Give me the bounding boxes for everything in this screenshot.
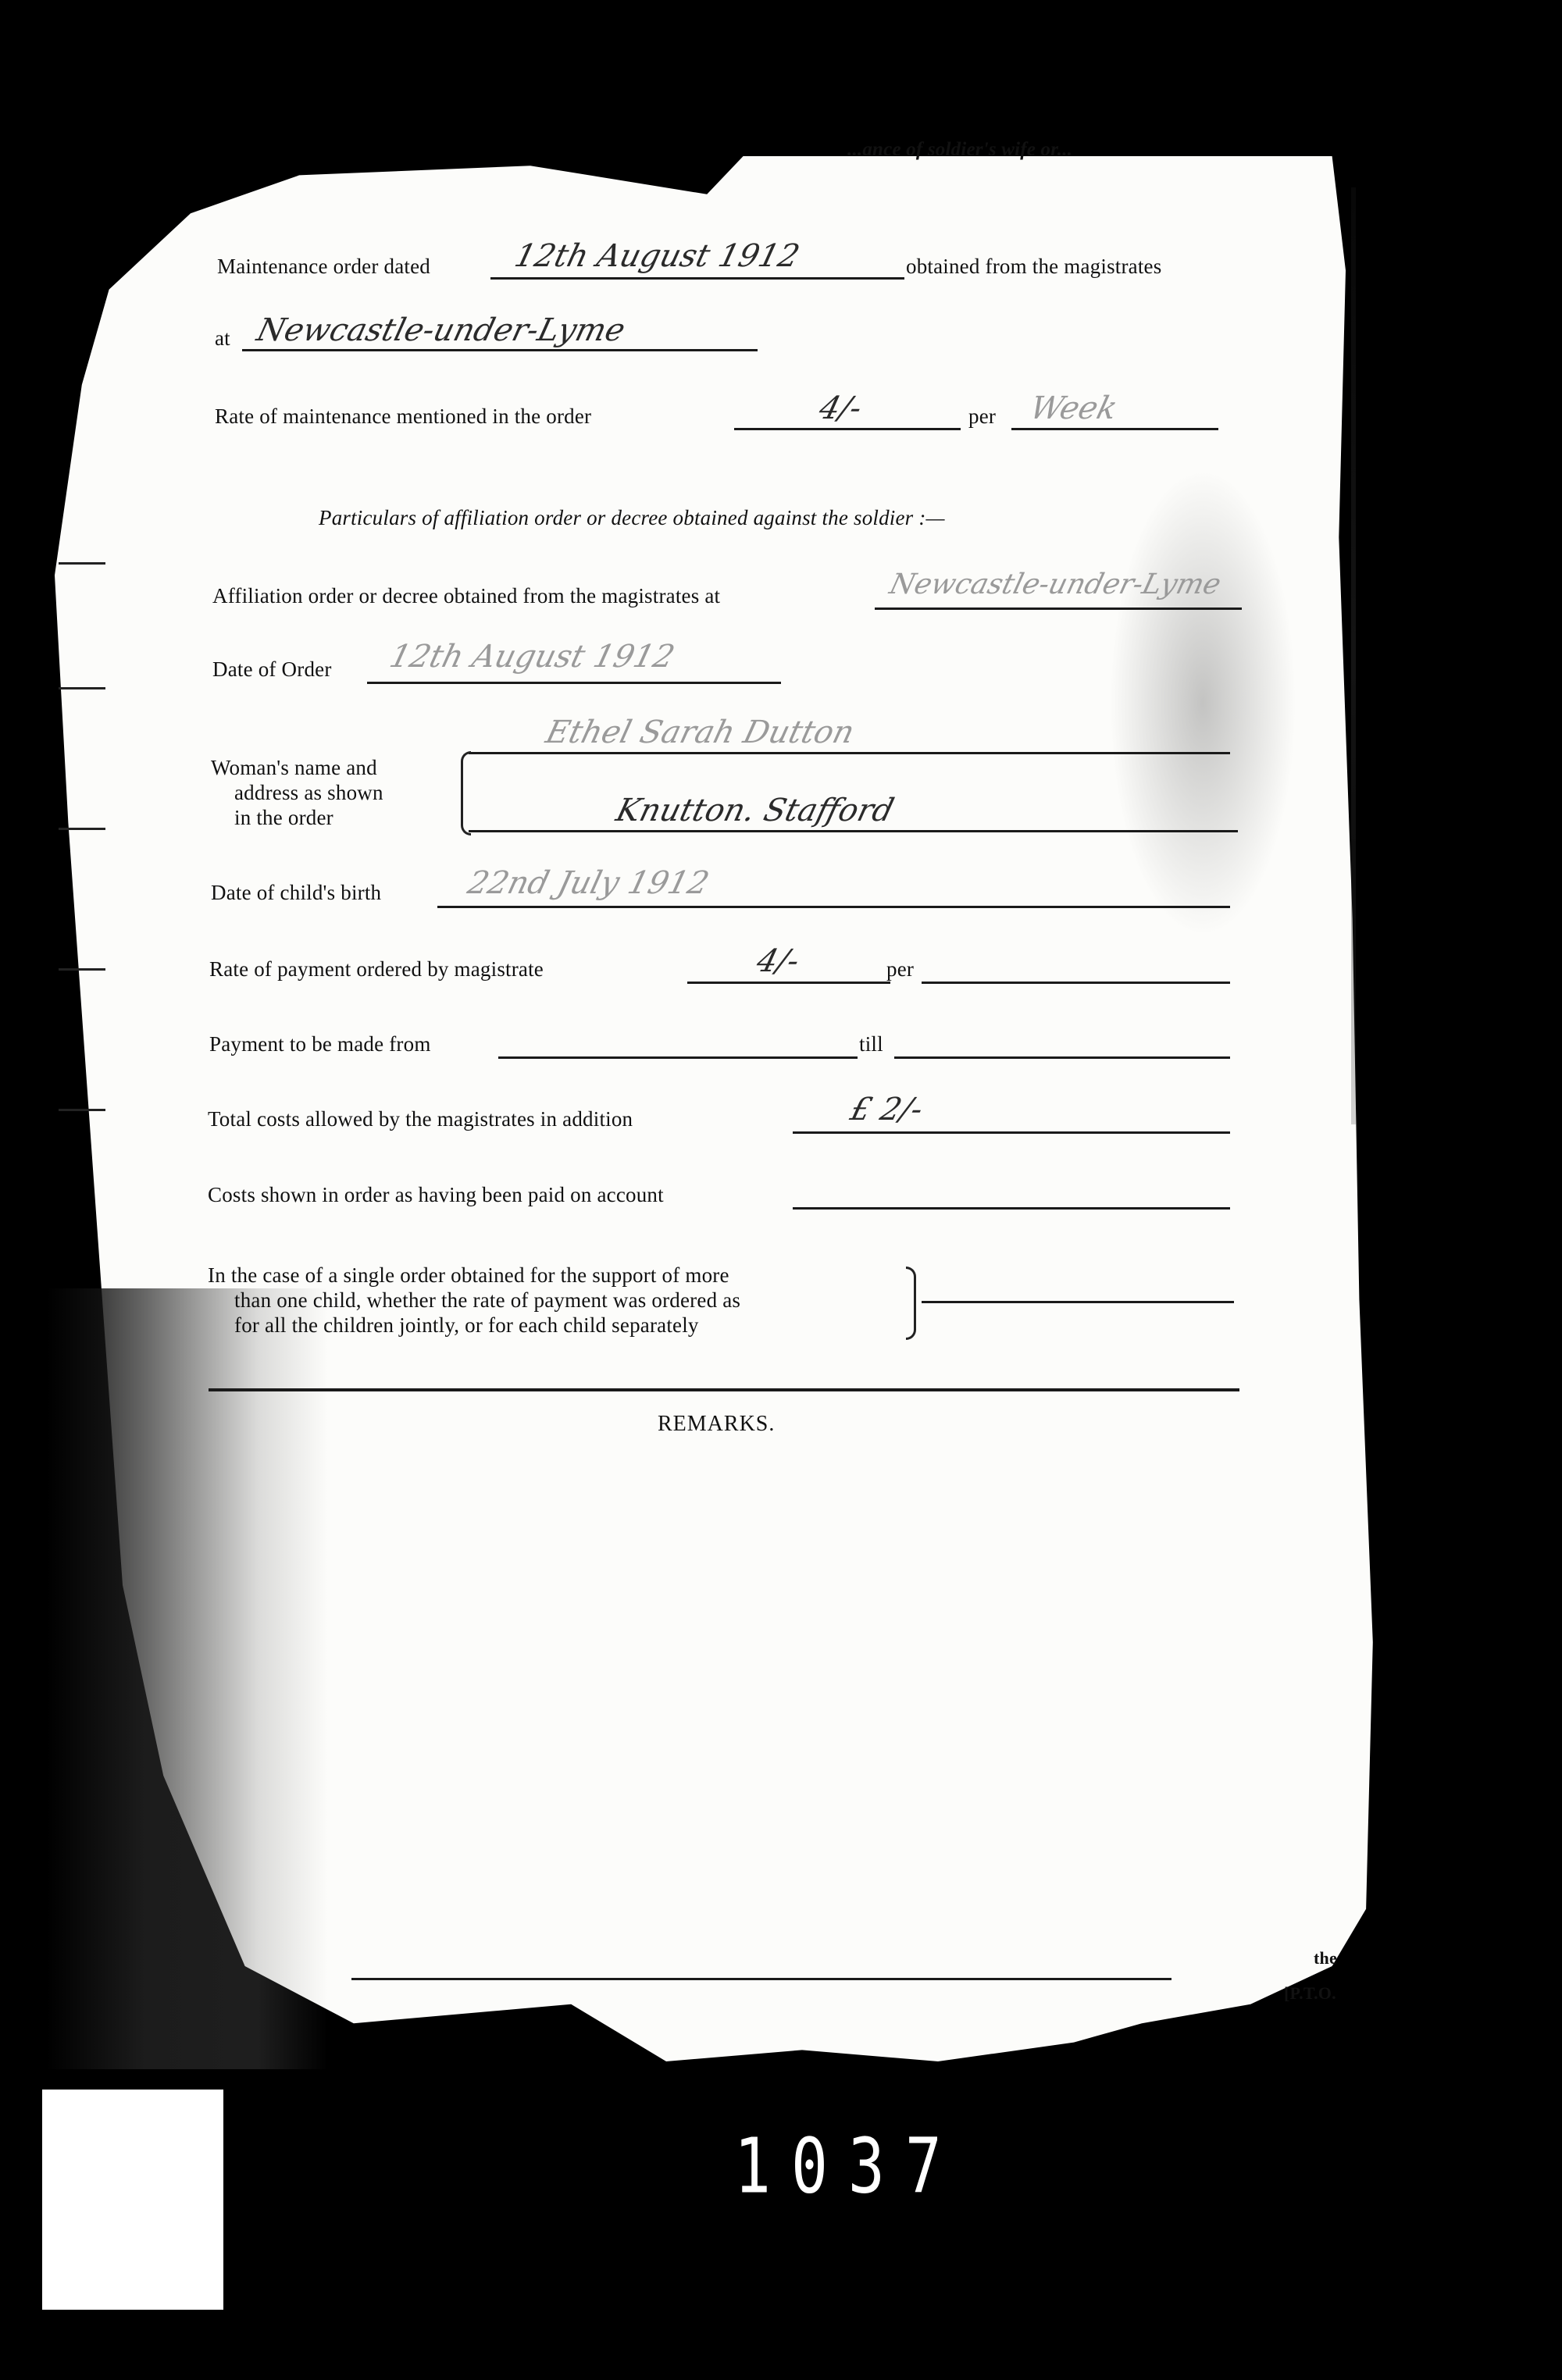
maintenance-order-suffix: obtained from the magistrates — [906, 255, 1161, 279]
payment-till-line — [894, 1056, 1230, 1059]
single-order-line-3: for all the children jointly, or for eac… — [234, 1313, 699, 1338]
woman-name-line — [469, 752, 1230, 754]
single-order-line-1: In the case of a single order obtained f… — [208, 1263, 729, 1288]
page-fold — [1351, 187, 1356, 1124]
pto-marker: [P.T.O. — [1284, 1983, 1336, 2004]
total-costs-label: Total costs allowed by the magistrates i… — [208, 1107, 633, 1131]
woman-label-line-3: in the order — [234, 806, 333, 830]
woman-label-line-1: Woman's name and — [211, 756, 377, 780]
maintenance-order-label: Maintenance order dated — [217, 255, 430, 279]
rate-per-value: Week — [1026, 390, 1121, 426]
payment-till-label: till — [859, 1032, 883, 1056]
single-order-brace — [906, 1267, 916, 1340]
affiliation-order-label: Affiliation order or decree obtained fro… — [212, 584, 720, 608]
payment-from-label: Payment to be made from — [209, 1032, 431, 1056]
remarks-heading: REMARKS. — [658, 1412, 775, 1437]
single-order-line-2: than one child, whether the rate of paym… — [234, 1288, 740, 1313]
section-heading: Particulars of affiliation order or decr… — [319, 506, 945, 530]
costs-paid-label: Costs shown in order as having been paid… — [208, 1183, 664, 1207]
woman-name-value: Ethel Sarah Dutton — [542, 714, 858, 750]
date-of-order-label: Date of Order — [212, 657, 332, 682]
affiliation-order-value: Newcastle-under-Lyme — [886, 568, 1225, 600]
child-birth-line — [437, 906, 1230, 908]
microfilm-label-card — [42, 2090, 223, 2310]
costs-paid-line — [793, 1207, 1230, 1210]
bottom-line — [351, 1978, 1171, 1980]
child-birth-value: 22nd July 1912 — [464, 865, 712, 901]
woman-label-line-2: address as shown — [234, 781, 383, 805]
frame-number: 1037 — [734, 2123, 962, 2211]
payment-from-line — [498, 1056, 858, 1059]
rate-of-payment-line — [687, 982, 890, 984]
maintenance-at-line — [242, 349, 758, 351]
woman-address-line — [469, 830, 1238, 832]
rate-of-payment-per-line — [922, 982, 1230, 984]
single-order-line — [922, 1301, 1234, 1303]
rate-per-label: per — [968, 404, 996, 429]
edge-cracks — [59, 562, 105, 1265]
rate-of-maintenance-label: Rate of maintenance mentioned in the ord… — [215, 404, 591, 429]
total-costs-line — [793, 1131, 1230, 1134]
top-fragment-text: ...ance of soldier's wife or... — [847, 139, 1072, 161]
maintenance-at-label: at — [215, 326, 230, 351]
rate-of-maintenance-line — [734, 428, 961, 430]
maintenance-order-value: 12th August 1912 — [511, 238, 803, 274]
date-of-order-value: 12th August 1912 — [386, 639, 678, 675]
footer-fragment: the — [1314, 1948, 1337, 1968]
rate-of-payment-per-label: per — [886, 957, 914, 982]
maintenance-at-value: Newcastle-under-Lyme — [253, 312, 629, 348]
rate-of-payment-label: Rate of payment ordered by magistrate — [209, 957, 544, 982]
woman-address-value: Knutton. Stafford — [612, 793, 897, 828]
maintenance-order-line — [490, 277, 904, 280]
total-costs-value: £ 2/- — [847, 1092, 926, 1128]
remarks-divider — [209, 1388, 1239, 1391]
date-of-order-line — [367, 682, 781, 684]
rate-per-line — [1011, 428, 1218, 430]
woman-brace — [461, 751, 471, 835]
child-birth-label: Date of child's birth — [211, 881, 381, 905]
affiliation-order-line — [875, 607, 1242, 610]
